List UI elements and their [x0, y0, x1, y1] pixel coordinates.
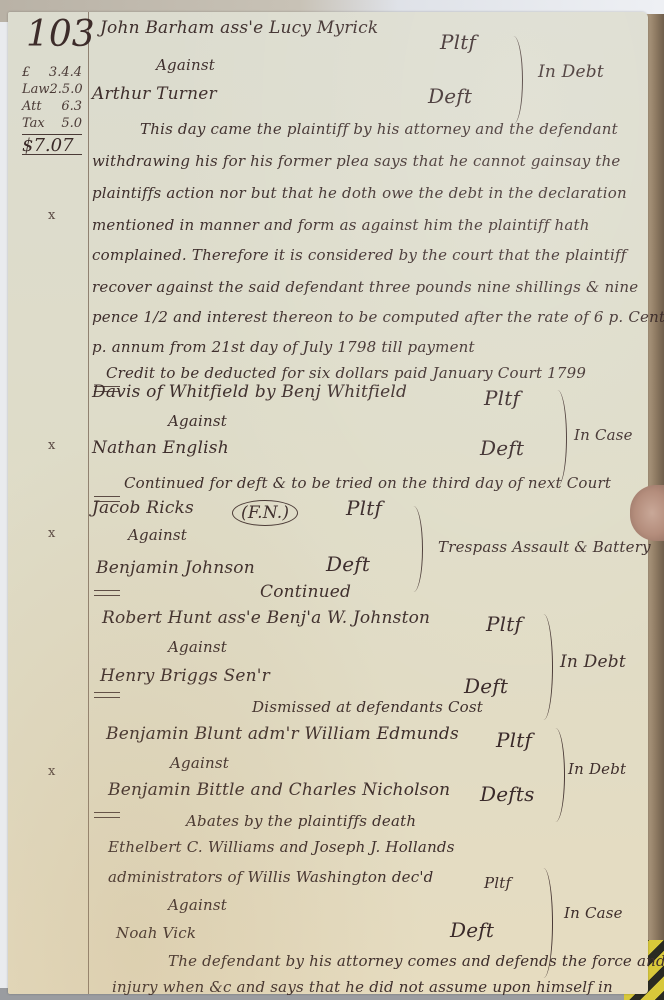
- margin-tally: £3.4.4 Law2.5.0 Att6.3 Tax5.0 $7.07: [22, 64, 82, 155]
- case5-defendant: Benjamin Bittle and Charles Nicholson: [108, 780, 450, 800]
- case6-defendant-role: Deft: [450, 918, 494, 942]
- case3-action: Trespass Assault & Battery: [438, 538, 651, 556]
- case3-against: Against: [128, 526, 187, 544]
- case5-plaintiff: Benjamin Blunt adm'r William Edmunds: [106, 724, 459, 744]
- tally-label: Tax: [22, 115, 45, 132]
- case1-defendant: Arthur Turner: [92, 84, 217, 104]
- case6-against: Against: [168, 896, 227, 914]
- tally-label: Att: [22, 98, 42, 115]
- case3-plaintiff-note: (F.N.): [232, 500, 298, 526]
- margin-rule: [88, 12, 89, 994]
- case4-plaintiff: Robert Hunt ass'e Benj'a W. Johnston: [102, 608, 430, 628]
- judgment-line: The defendant by his attorney comes and …: [168, 952, 664, 970]
- case3-defendant-role: Deft: [326, 552, 370, 576]
- case4-note: Dismissed at defendants Cost: [252, 698, 483, 716]
- tally-line: Att6.3: [22, 98, 82, 115]
- case4-action: In Debt: [560, 652, 626, 672]
- case2-brace: [548, 390, 567, 486]
- case3-plaintiff-role: Pltf: [346, 496, 382, 520]
- case3-brace: [404, 506, 423, 592]
- margin-x-mark: x: [48, 438, 55, 453]
- case4-defendant-role: Deft: [464, 674, 508, 698]
- tally-label: Law: [22, 81, 50, 98]
- case1-defendant-role: Deft: [428, 84, 472, 108]
- judgment-line: mentioned in manner and form as against …: [92, 216, 590, 234]
- tally-label: £: [22, 64, 30, 81]
- tally-value: 2.5.0: [50, 81, 83, 98]
- case3-plaintiff: Jacob Ricks: [92, 498, 194, 518]
- case4-defendant: Henry Briggs Sen'r: [100, 666, 270, 686]
- case4-brace: [534, 614, 553, 720]
- entry-separator: [94, 590, 120, 596]
- case6-plaintiff: Ethelbert C. Williams and Joseph J. Holl…: [108, 838, 455, 856]
- judgment-line: p. annum from 21st day of July 1798 till…: [92, 338, 475, 356]
- case4-against: Against: [168, 638, 227, 656]
- case2-defendant-role: Deft: [480, 436, 524, 460]
- tally-value: 3.4.4: [49, 64, 82, 81]
- case6-plaintiff-line2: administrators of Willis Washington dec'…: [108, 868, 434, 886]
- judgment-line: complained. Therefore it is considered b…: [92, 246, 627, 264]
- case2-action: In Case: [574, 426, 633, 444]
- tally-total: $7.07: [22, 134, 82, 155]
- case2-defendant: Nathan English: [92, 438, 229, 458]
- case3-defendant: Benjamin Johnson: [96, 558, 255, 578]
- judgment-line: plaintiffs action nor but that he doth o…: [92, 184, 627, 202]
- entry-separator: [94, 812, 120, 818]
- case2-against: Against: [168, 412, 227, 430]
- case1-against: Against: [156, 56, 215, 74]
- case5-note: Abates by the plaintiffs death: [186, 812, 416, 830]
- tally-line: Tax5.0: [22, 115, 82, 132]
- case5-brace: [546, 728, 565, 822]
- case2-note: Continued for deft & to be tried on the …: [124, 474, 611, 492]
- case5-defendant-role: Defts: [480, 782, 535, 806]
- tally-value: 6.3: [61, 98, 82, 115]
- case1-brace: [504, 36, 523, 124]
- ledger-page: 103 £3.4.4 Law2.5.0 Att6.3 Tax5.0 $7.07 …: [8, 12, 648, 994]
- judgment-line: recover against the said defendant three…: [92, 278, 638, 296]
- margin-x-mark: x: [48, 764, 55, 779]
- tally-line: Law2.5.0: [22, 81, 82, 98]
- page-number: 103: [26, 14, 95, 55]
- case5-against: Against: [170, 754, 229, 772]
- judgment-line: pence 1/2 and interest thereon to be com…: [92, 308, 664, 326]
- margin-x-mark: x: [48, 208, 55, 223]
- judgment-line: injury when &c and says that he did not …: [112, 978, 613, 996]
- case3-note: Continued: [260, 582, 351, 602]
- case2-plaintiff: Davis of Whitfield by Benj Whitfield: [92, 382, 407, 402]
- judgment-line: withdrawing his for his former plea says…: [92, 152, 621, 170]
- tally-line: £3.4.4: [22, 64, 82, 81]
- case1-plaintiff: John Barham ass'e Lucy Myrick: [100, 18, 378, 38]
- case5-action: In Debt: [568, 760, 626, 778]
- case4-plaintiff-role: Pltf: [486, 612, 522, 636]
- judgment-line: This day came the plaintiff by his attor…: [140, 120, 618, 138]
- case6-defendant: Noah Vick: [116, 924, 196, 942]
- margin-x-mark: x: [48, 526, 55, 541]
- case2-plaintiff-role: Pltf: [484, 386, 520, 410]
- case5-plaintiff-role: Pltf: [496, 728, 532, 752]
- case6-action: In Case: [564, 904, 623, 922]
- entry-separator: [94, 692, 120, 698]
- case6-plaintiff-role: Pltf: [484, 874, 511, 892]
- case1-plaintiff-role: Pltf: [440, 30, 476, 54]
- case1-action: In Debt: [538, 62, 604, 82]
- judgment-line: Credit to be deducted for six dollars pa…: [106, 364, 586, 382]
- tally-value: 5.0: [61, 115, 82, 132]
